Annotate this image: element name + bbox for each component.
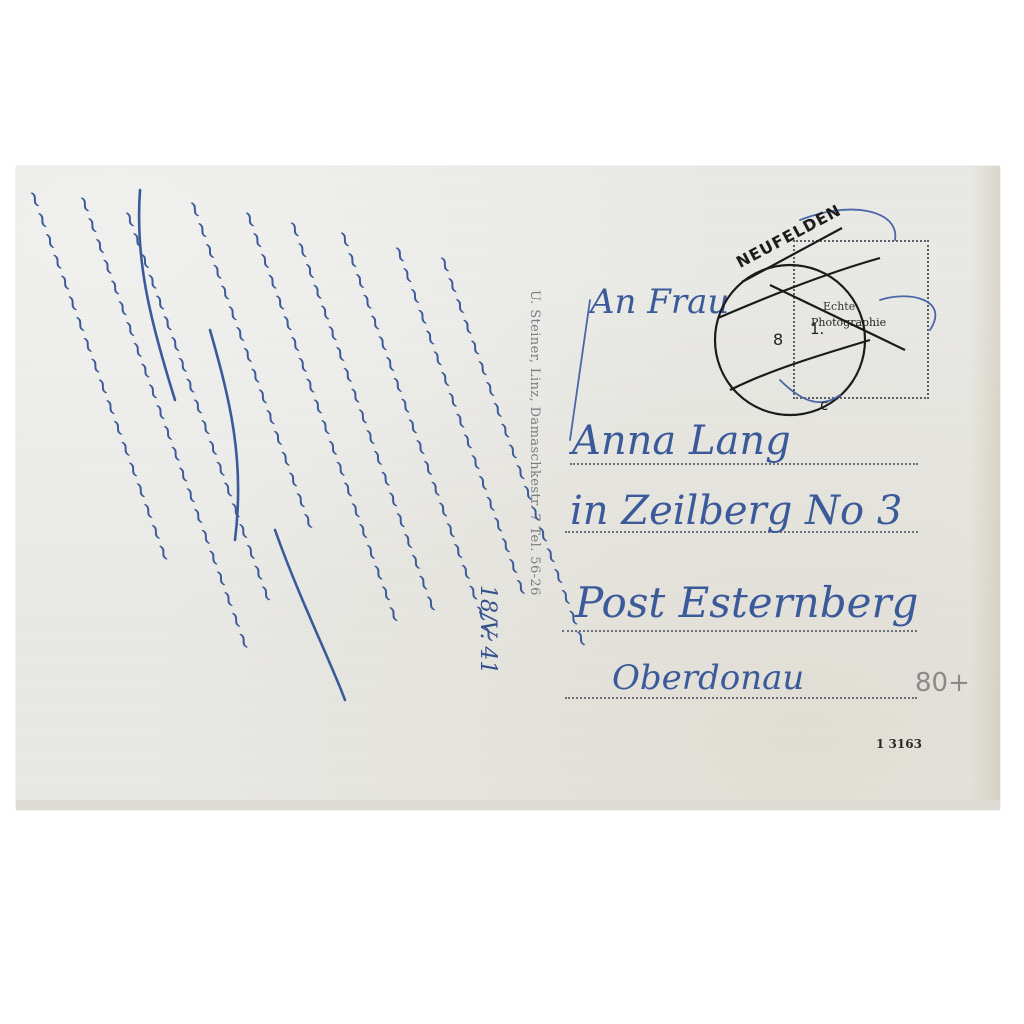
postmark-day: 8	[773, 330, 783, 349]
postmark-month: 1.	[810, 320, 824, 338]
postmark-and-strokes	[0, 0, 1024, 1024]
postmark-letter: c	[820, 396, 828, 414]
letter-flourishes	[139, 190, 345, 700]
